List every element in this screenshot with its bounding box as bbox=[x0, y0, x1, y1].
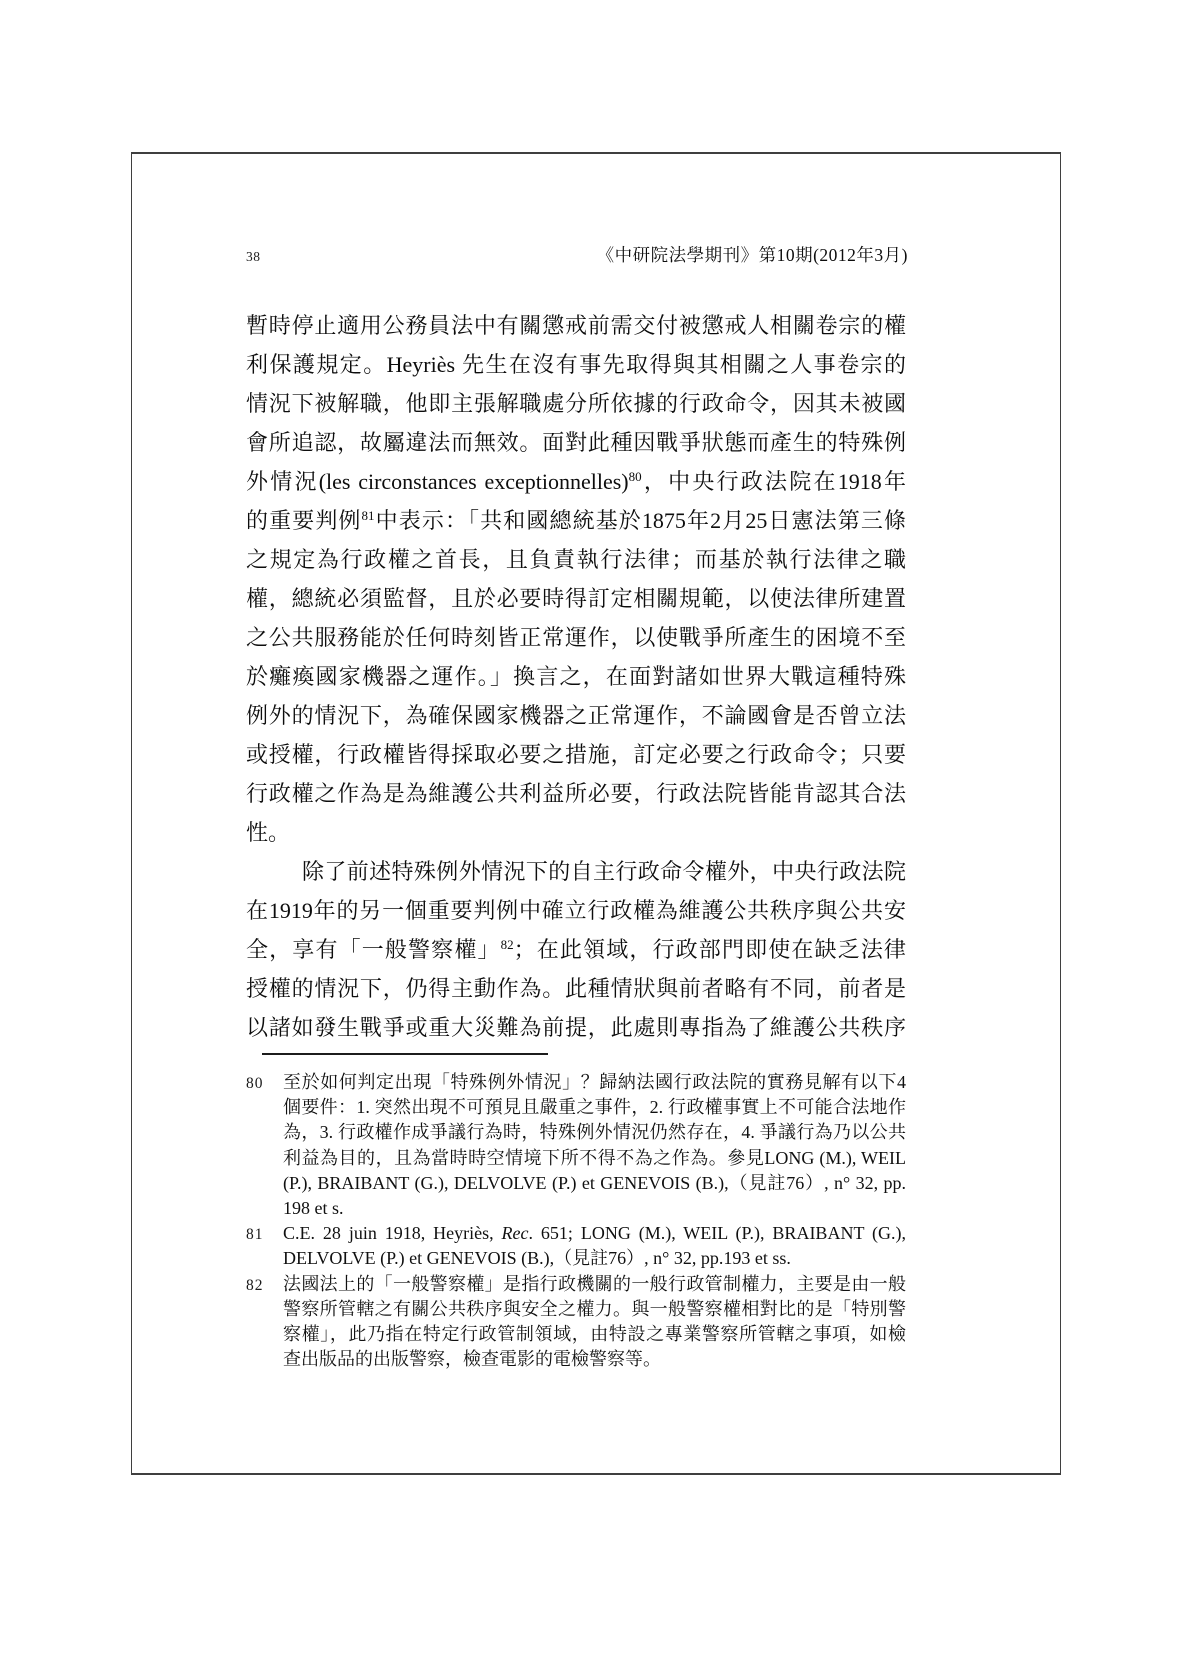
footnote: 81C.E. 28 juin 1918, Heyriès, Rec. 651; … bbox=[246, 1221, 906, 1271]
fn-line: 法國法上的「一般警察權」是指行政機關的一般行政管制權力，主要是由一般 bbox=[283, 1272, 906, 1297]
footnote: 80至於如何判定出現「特殊例外情況」？歸納法國行政法院的實務見解有以下4個要件：… bbox=[246, 1070, 906, 1221]
footnote: 82法國法上的「一般警察權」是指行政機關的一般行政管制權力，主要是由一般警察所管… bbox=[246, 1272, 906, 1373]
paragraph: 除了前述特殊例外情況下的自主行政命令權外，中央行政法院在1919年的另一個重要判… bbox=[246, 852, 906, 1047]
body-line: 情況下被解職，他即主張解職處分所依據的行政命令，因其未被國 bbox=[246, 384, 906, 423]
fn-line: 個要件：1. 突然出現不可預見且嚴重之事件，2. 行政權事實上不可能合法地作 bbox=[283, 1095, 906, 1120]
footnote-number: 82 bbox=[246, 1273, 264, 1298]
body-line: 例外的情況下，為確保國家機器之正常運作，不論國會是否曾立法 bbox=[246, 696, 906, 735]
footnote-ref: 81 bbox=[362, 508, 375, 523]
fn-line: (P.), BRAIBANT (G.), DELVOLVE (P.) et GE… bbox=[283, 1171, 906, 1196]
journal-header-title: 《中研院法學期刊》第10期(2012年3月) bbox=[597, 242, 908, 267]
body-line: 以諸如發生戰爭或重大災難為前提，此處則專指為了維護公共秩序 bbox=[246, 1008, 906, 1047]
fn-line: 查出版品的出版警察，檢查電影的電檢警察等。 bbox=[283, 1347, 906, 1372]
fn-line: 至於如何判定出現「特殊例外情況」？歸納法國行政法院的實務見解有以下4 bbox=[283, 1070, 906, 1095]
body-line: 之規定為行政權之首長，且負責執行法律；而基於執行法律之職 bbox=[246, 540, 906, 579]
body-line: 授權的情況下，仍得主動作為。此種情狀與前者略有不同，前者是 bbox=[246, 969, 906, 1008]
fn-line: 利益為目的，且為當時時空情境下所不得不為之作為。參見LONG (M.), WEI… bbox=[283, 1146, 906, 1171]
footnote-body: C.E. 28 juin 1918, Heyriès, Rec. 651; LO… bbox=[283, 1221, 906, 1271]
page-number: 38 bbox=[246, 249, 261, 265]
body-line: 之公共服務能於任何時刻皆正常運作，以使戰爭所產生的困境不至 bbox=[246, 618, 906, 657]
page-frame: 38 《中研院法學期刊》第10期(2012年3月) 暫時停止適用公務員法中有關懲… bbox=[131, 152, 1061, 1475]
footnote-body: 法國法上的「一般警察權」是指行政機關的一般行政管制權力，主要是由一般警察所管轄之… bbox=[283, 1272, 906, 1373]
body-line: 於癱瘓國家機器之運作。」換言之，在面對諸如世界大戰這種特殊 bbox=[246, 657, 906, 696]
body-line: 權，總統必須監督，且於必要時得訂定相關規範，以使法律所建置 bbox=[246, 579, 906, 618]
body-line: 暫時停止適用公務員法中有關懲戒前需交付被懲戒人相關卷宗的權 bbox=[246, 306, 906, 345]
fn-line: C.E. 28 juin 1918, Heyriès, Rec. 651; LO… bbox=[283, 1221, 906, 1246]
running-header: 38 《中研院法學期刊》第10期(2012年3月) bbox=[246, 242, 908, 270]
body-line: 的重要判例81中表示：「共和國總統基於1875年2月25日憲法第三條 bbox=[246, 501, 906, 540]
footnote-number: 81 bbox=[246, 1222, 264, 1247]
body-line: 全，享有「一般警察權」82；在此領域，行政部門即使在缺乏法律 bbox=[246, 930, 906, 969]
footnote-number: 80 bbox=[246, 1071, 264, 1096]
body-line: 行政權之作為是為維護公共利益所必要，行政法院皆能肯認其合法 bbox=[246, 774, 906, 813]
body-line: 利保護規定。Heyriès 先生在沒有事先取得與其相關之人事卷宗的 bbox=[246, 345, 906, 384]
body-line: 除了前述特殊例外情況下的自主行政命令權外，中央行政法院 bbox=[246, 852, 906, 891]
body-line: 會所追認，故屬違法而無效。面對此種因戰爭狀態而產生的特殊例 bbox=[246, 423, 906, 462]
body-line: 或授權，行政權皆得採取必要之措施，訂定必要之行政命令；只要 bbox=[246, 735, 906, 774]
paragraph: 暫時停止適用公務員法中有關懲戒前需交付被懲戒人相關卷宗的權利保護規定。Heyri… bbox=[246, 306, 906, 852]
body-line: 在1919年的另一個重要判例中確立行政權為維護公共秩序與公共安 bbox=[246, 891, 906, 930]
fn-line: 察權」，此乃指在特定行政管制領域，由特設之專業警察所管轄之事項，如檢 bbox=[283, 1322, 906, 1347]
fn-line: 198 et s. bbox=[283, 1196, 906, 1221]
fn-line: 為，3. 行政權作成爭議行為時，特殊例外情況仍然存在，4. 爭議行為乃以公共 bbox=[283, 1120, 906, 1145]
footnote-ref: 80 bbox=[629, 469, 642, 484]
body-line: 外情況(les circonstances exceptionnelles)80… bbox=[246, 462, 906, 501]
footnotes: 80至於如何判定出現「特殊例外情況」？歸納法國行政法院的實務見解有以下4個要件：… bbox=[246, 1070, 906, 1372]
footnote-body: 至於如何判定出現「特殊例外情況」？歸納法國行政法院的實務見解有以下4個要件：1.… bbox=[283, 1070, 906, 1221]
body-text: 暫時停止適用公務員法中有關懲戒前需交付被懲戒人相關卷宗的權利保護規定。Heyri… bbox=[246, 306, 906, 1047]
fn-line: 警察所管轄之有關公共秩序與安全之權力。與一般警察權相對比的是「特別警 bbox=[283, 1297, 906, 1322]
body-line: 性。 bbox=[246, 813, 906, 852]
footnote-ref: 82 bbox=[501, 937, 514, 952]
footnote-separator bbox=[262, 1053, 548, 1055]
fn-line: DELVOLVE (P.) et GENEVOIS (B.),（見註76）, n… bbox=[283, 1246, 906, 1271]
